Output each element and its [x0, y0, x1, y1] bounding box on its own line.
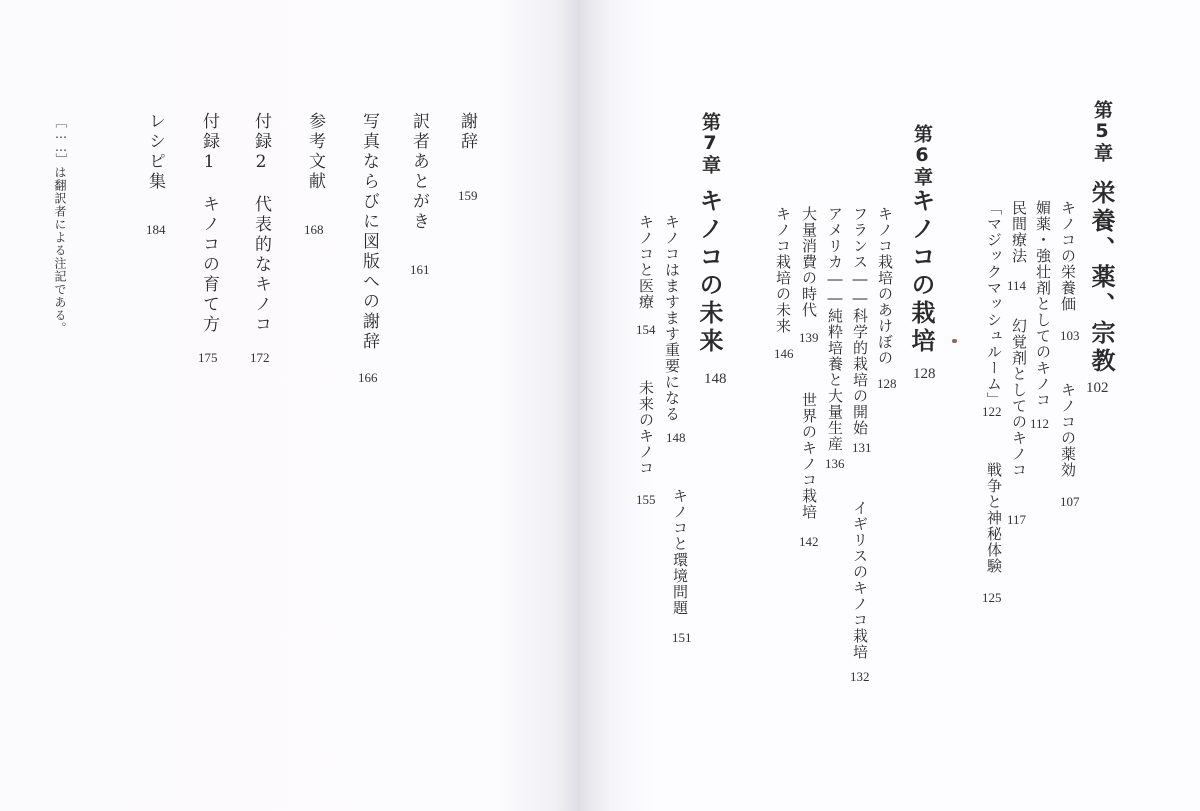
page-number: 151: [672, 630, 692, 646]
toc-section: フランス――科学的栽培の開始: [852, 206, 867, 436]
page-number: 131: [852, 440, 872, 456]
chapter-5-page: 102: [1086, 380, 1109, 397]
chapter-5-title: 栄養、薬、宗教: [1089, 180, 1113, 376]
toc-entry-references: 参考文献: [306, 112, 323, 192]
toc-section: キノコの薬効: [1060, 382, 1075, 478]
toc-section: 戦争と神秘体験: [986, 462, 1001, 574]
chapter-7-page: 148: [704, 371, 727, 388]
page-number: 146: [774, 346, 794, 362]
chapter-6-number: 第6章: [912, 124, 931, 187]
chapter-5-number: 第5章: [1092, 100, 1111, 163]
page-number: 112: [1030, 416, 1049, 432]
toc-section: 幻覚剤としてのキノコ: [1011, 318, 1026, 478]
page-number: 125: [982, 590, 1002, 606]
chapter-7-number: 第7章: [700, 112, 719, 175]
toc-entry-translator-afterword: 訳者あとがき: [410, 112, 427, 232]
toc-entry-appendix-1: 付録1 キノコの育て方: [200, 112, 217, 335]
translator-note-text: は翻訳者による注記である。: [54, 166, 66, 335]
page-number: 103: [1060, 328, 1080, 344]
page-number: 128: [877, 376, 897, 392]
page-number: 175: [198, 350, 218, 366]
paper-speck: [952, 339, 957, 343]
page-number: 136: [825, 456, 845, 472]
toc-section: キノコの栄養価: [1060, 200, 1075, 312]
page-number: 122: [982, 404, 1002, 420]
page-number: 107: [1060, 494, 1080, 510]
toc-section: アメリカ――純粋培養と大量生産: [827, 206, 842, 452]
page-number: 155: [636, 492, 656, 508]
toc-section: 世界のキノコ栽培: [801, 392, 816, 520]
page-number: 132: [850, 669, 870, 685]
toc-section: キノコ栽培の未来: [775, 206, 790, 334]
toc-entry-acknowledgements: 謝辞: [458, 112, 475, 152]
toc-section: 媚薬・強壮剤としてのキノコ: [1035, 200, 1050, 408]
chapter-6-title: キノコの栽培: [909, 188, 933, 356]
page-number: 172: [250, 350, 270, 366]
chapter-6-page: 128: [913, 366, 936, 383]
page-number: 184: [146, 222, 166, 238]
toc-section: キノコと環境問題: [672, 488, 687, 616]
right-page: 第5章 栄養、薬、宗教 102 キノコの栄養価 103 キノコの薬効 107 媚…: [580, 0, 1200, 811]
page-number: 166: [358, 370, 378, 386]
page-number: 142: [799, 534, 819, 550]
toc-section: キノコと医療: [638, 214, 653, 310]
toc-section: 大量消費の時代: [801, 206, 816, 318]
page-number: 117: [1007, 512, 1026, 528]
left-page: 謝辞 159 訳者あとがき 161 写真ならびに図版への謝辞 166 参考文献 …: [0, 0, 580, 811]
page-number: 161: [410, 262, 430, 278]
toc-section: イギリスのキノコ栽培: [852, 500, 867, 660]
page-number: 154: [636, 322, 656, 338]
toc-section: 民間療法: [1011, 200, 1026, 264]
toc-section: キノコ栽培のあけぼの: [877, 206, 892, 366]
toc-entry-photo-credits: 写真ならびに図版への謝辞: [360, 112, 377, 352]
page-number: 159: [458, 188, 478, 204]
page-number: 168: [304, 222, 324, 238]
page-number: 148: [666, 430, 686, 446]
toc-entry-appendix-2: 付録2 代表的なキノコ: [252, 112, 269, 335]
chapter-7-title: キノコの未来: [697, 188, 721, 356]
toc-section: 「マジックマッシュルーム」: [986, 200, 1001, 408]
page-number: 139: [799, 330, 819, 346]
page-number: 114: [1007, 278, 1026, 294]
toc-section: キノコはますます重要になる: [664, 214, 679, 422]
toc-section: 未来のキノコ: [638, 380, 653, 476]
translator-note-bracket: ［……］: [55, 116, 67, 164]
toc-entry-recipes: レシピ集: [146, 112, 163, 192]
